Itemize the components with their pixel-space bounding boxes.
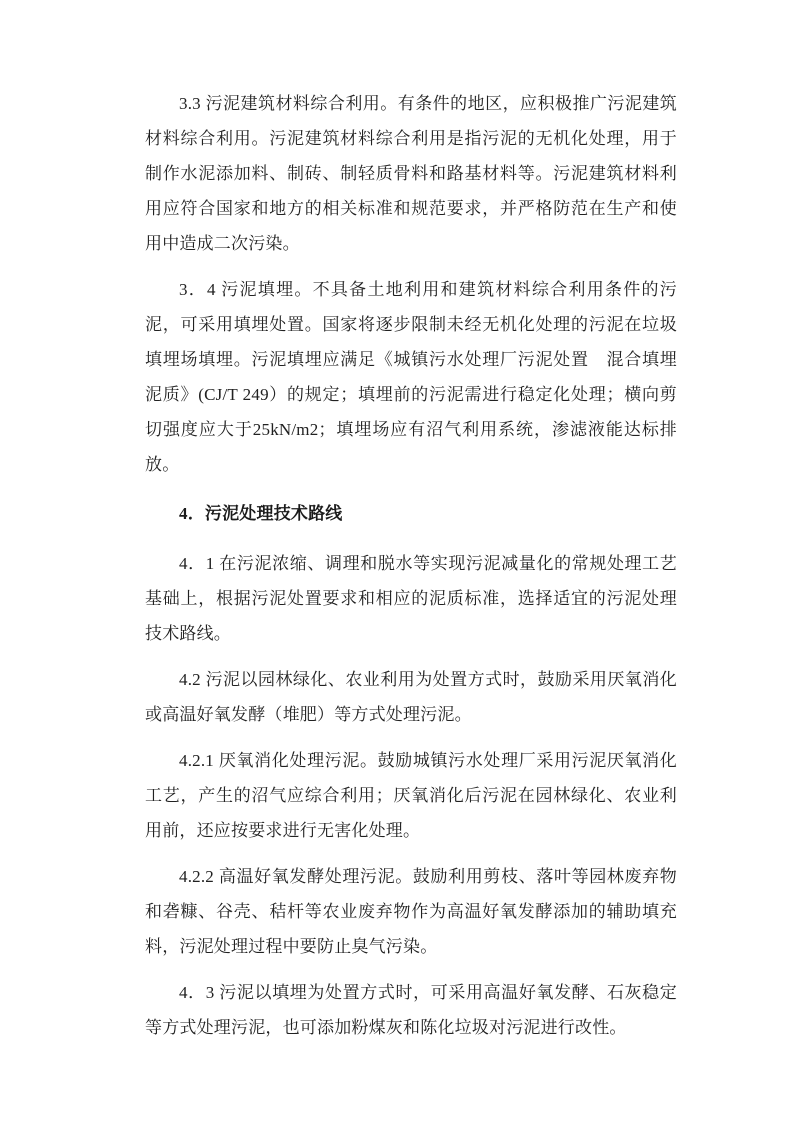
paragraph-4-2-1: 4.2.1 厌氧消化处理污泥。鼓励城镇污水处理厂采用污泥厌氧消化工艺，产生的沼气… <box>145 743 677 848</box>
section-heading-4: 4．污泥处理技术路线 <box>145 496 677 531</box>
paragraph-4-2-2: 4.2.2 高温好氧发酵处理污泥。鼓励利用剪枝、落叶等园林废弃物和砻糠、谷壳、秸… <box>145 859 677 964</box>
paragraph-3-4: 3．4 污泥填埋。不具备土地利用和建筑材料综合利用条件的污泥，可采用填埋处置。国… <box>145 272 677 482</box>
paragraph-3-3: 3.3 污泥建筑材料综合利用。有条件的地区，应积极推广污泥建筑材料综合利用。污泥… <box>145 86 677 261</box>
document-page: 3.3 污泥建筑材料综合利用。有条件的地区，应积极推广污泥建筑材料综合利用。污泥… <box>0 0 793 1122</box>
paragraph-4-1: 4．1 在污泥浓缩、调理和脱水等实现污泥减量化的常规处理工艺基础上，根据污泥处置… <box>145 546 677 651</box>
paragraph-4-3: 4．3 污泥以填埋为处置方式时，可采用高温好氧发酵、石灰稳定等方式处理污泥，也可… <box>145 975 677 1045</box>
paragraph-4-2: 4.2 污泥以园林绿化、农业利用为处置方式时，鼓励采用厌氧消化或高温好氧发酵（堆… <box>145 662 677 732</box>
